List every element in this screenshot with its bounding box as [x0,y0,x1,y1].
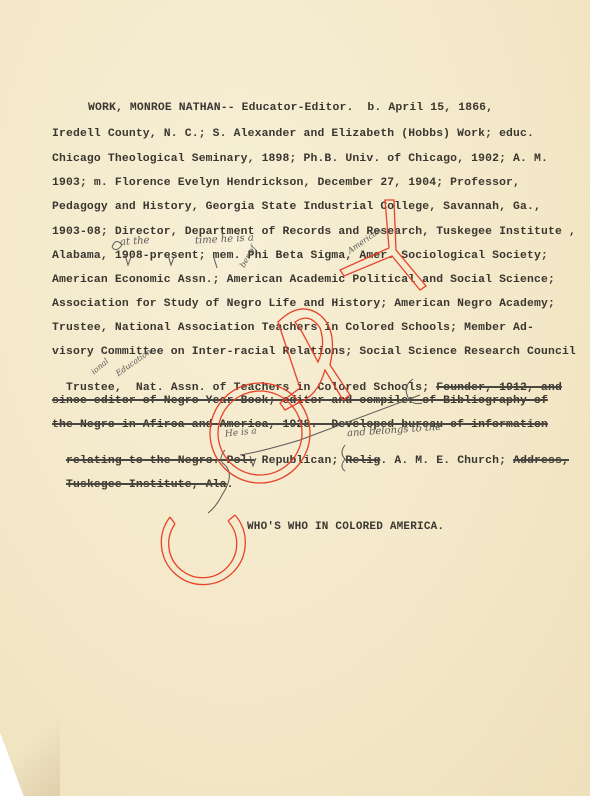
kept-text: Republican; [255,455,346,467]
typed-line-3: Chicago Theological Seminary, 1898; Ph.B… [52,153,548,165]
typed-line-2: Iredell County, N. C.; S. Alexander and … [52,128,534,140]
typed-line-13-struck: since editor of Negro Year Book; editor … [52,395,548,407]
struck-text: Founder, 1912, and [436,382,562,394]
typed-line-12-kept: Trustee, Nat. Assn. of Teachers in Color… [66,382,436,394]
pencil-note-at-the: at the [120,235,150,248]
typed-line-16: Tuskegee Institute, Ala. [52,467,234,491]
typed-line-5: Pedagogy and History, Georgia State Indu… [52,201,541,213]
typed-line-4: 1903; m. Florence Evelyn Hendrickson, De… [52,177,520,189]
typed-line-9: Association for Study of Negro Life and … [52,298,555,310]
typed-line-1: WORK, MONROE NATHAN-- Educator-Editor. b… [88,102,493,114]
typed-line-11: visory Committee on Inter-racial Relatio… [52,346,576,358]
typed-line-12: Trustee, Nat. Assn. of Teachers in Color… [52,370,562,394]
typed-line-15: relating to the Negro. Pol. Republican; … [52,443,569,467]
kept-text: . [227,479,234,491]
typed-line-14-struck: the Negro in Afirca and America, 1928. D… [52,419,548,431]
typed-line-8: American Economic Assn.; American Academ… [52,274,555,286]
struck-text: Address, [513,455,569,467]
typed-line-10: Trustee, National Association Teachers i… [52,322,534,334]
struck-text: Pol. [227,455,255,467]
struck-text: Tuskegee Institute, Ala [66,479,227,491]
struck-text: relating to the Negro. [66,455,227,467]
typed-line-7: Alabama, 1908-present; mem. Phi Beta Sig… [52,250,548,262]
footer-source: WHO'S WHO IN COLORED AMERICA. [247,521,444,533]
struck-text: Relig [345,455,380,467]
kept-text: . A. M. E. Church; [380,455,513,467]
